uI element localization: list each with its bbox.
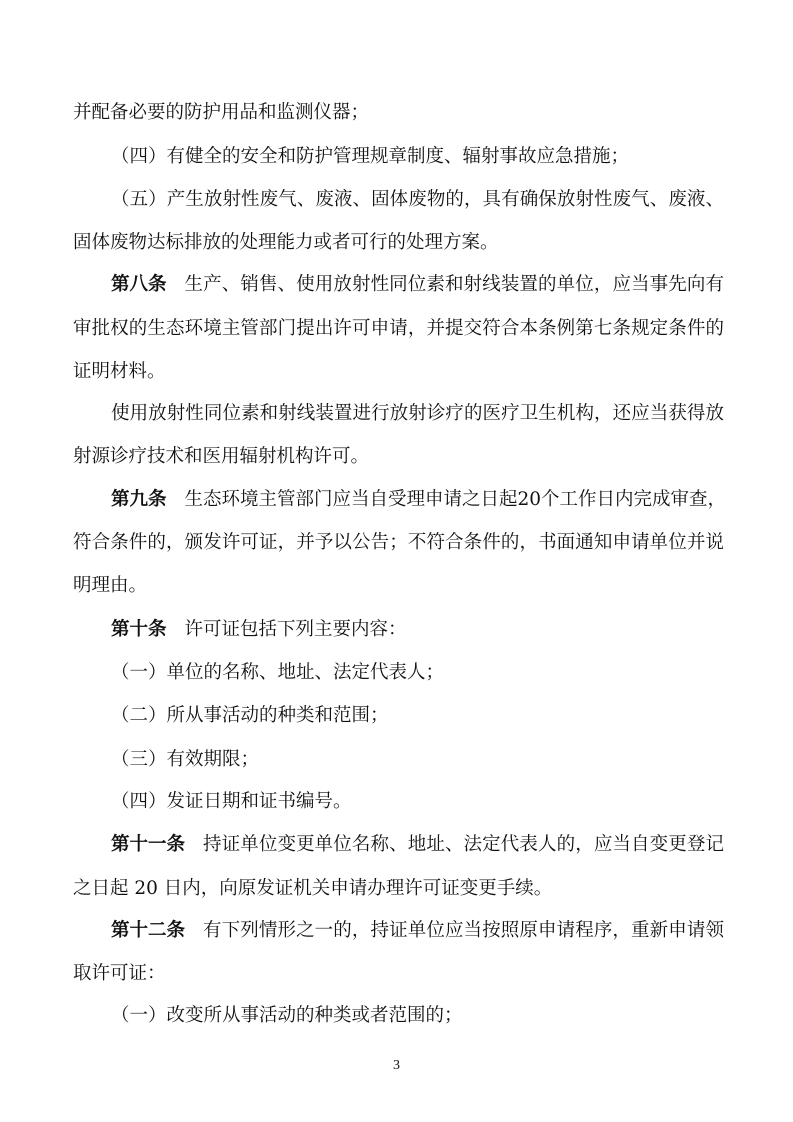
page-number: 3 (0, 1058, 793, 1074)
line-text: （四）发证日期和证书编号。 (111, 791, 352, 812)
article-heading: 第十条 (111, 619, 167, 640)
paragraph-line: 射源诊疗技术和医用辐射机构许可。 (73, 444, 724, 470)
line-text: 生产、销售、使用放射性同位素和射线装置的单位，应当事先向有 (185, 272, 724, 298)
line-text: 取许可证： (73, 963, 166, 984)
line-text: 并配备必要的防护用品和监测仪器； (73, 102, 369, 123)
article-heading: 第八条 (111, 272, 167, 298)
line-text: 使用放射性同位素和射线装置进行放射诊疗的医疗卫生机构，还应当获得放 (111, 403, 724, 424)
line-text: （一）改变所从事活动的种类或者范围的； (111, 1005, 463, 1026)
line-text: 持证单位变更单位名称、地址、法定代表人的，应当自变更登记 (203, 832, 724, 858)
line-text: 之日起 20 日内，向原发证机关申请办理许可证变更手续。 (73, 878, 552, 899)
paragraph-line: （四）有健全的安全和防护管理规章制度、辐射事故应急措施； (111, 144, 724, 170)
article-paragraph-line: 第十一条持证单位变更单位名称、地址、法定代表人的，应当自变更登记 (111, 832, 724, 858)
paragraph-line: 之日起 20 日内，向原发证机关申请办理许可证变更手续。 (73, 876, 724, 902)
paragraph-line: 固体废物达标排放的处理能力或者可行的处理方案。 (73, 230, 724, 256)
paragraph-line: 符合条件的，颁发许可证，并予以公告；不符合条件的，书面通知申请单位并说 (73, 530, 724, 556)
article-paragraph-line: 第十条许可证包括下列主要内容： (111, 617, 724, 643)
paragraph-line: 审批权的生态环境主管部门提出许可申请，并提交符合本条例第七条规定条件的 (73, 316, 724, 342)
line-text: （五）产生放射性废气、废液、固体废物的，具有确保放射性废气、废液、 (111, 189, 724, 210)
line-text: 许可证包括下列主要内容： (185, 619, 407, 640)
article-paragraph-line: 第十二条有下列情形之一的，持证单位应当按照原申请程序，重新申请领 (111, 918, 724, 944)
article-heading: 第十一条 (111, 832, 185, 858)
paragraph-line: （二）所从事活动的种类和范围； (111, 703, 724, 729)
paragraph-line: 证明材料。 (73, 359, 724, 385)
line-text: 明理由。 (73, 575, 147, 596)
paragraph-line: （一）单位的名称、地址、法定代表人； (111, 660, 724, 686)
article-heading: 第九条 (111, 487, 167, 513)
paragraph-line: （五）产生放射性废气、废液、固体废物的，具有确保放射性废气、废液、 (111, 187, 724, 213)
paragraph-line: （四）发证日期和证书编号。 (111, 789, 724, 815)
article-heading: 第十二条 (111, 918, 185, 944)
line-text: 证明材料。 (73, 361, 166, 382)
line-text: 生态环境主管部门应当自受理申请之日起20个工作日内完成审查， (185, 487, 727, 513)
paragraph-line: 取许可证： (73, 961, 724, 987)
paragraph-line: （一）改变所从事活动的种类或者范围的； (111, 1003, 724, 1029)
line-text: 符合条件的，颁发许可证，并予以公告；不符合条件的，书面通知申请单位并说 (73, 532, 724, 553)
paragraph-line: （三）有效期限； (111, 747, 724, 773)
document-page: 并配备必要的防护用品和监测仪器；（四）有健全的安全和防护管理规章制度、辐射事故应… (0, 0, 793, 1122)
article-paragraph-line: 第九条生态环境主管部门应当自受理申请之日起20个工作日内完成审查， (111, 487, 724, 513)
line-text: 射源诊疗技术和医用辐射机构许可。 (73, 446, 369, 467)
line-text: （二）所从事活动的种类和范围； (111, 705, 389, 726)
line-text: （一）单位的名称、地址、法定代表人； (111, 662, 444, 683)
paragraph-line: 并配备必要的防护用品和监测仪器； (73, 100, 724, 126)
paragraph-line: 明理由。 (73, 573, 724, 599)
line-text: 固体废物达标排放的处理能力或者可行的处理方案。 (73, 232, 499, 253)
article-paragraph-line: 第八条生产、销售、使用放射性同位素和射线装置的单位，应当事先向有 (111, 272, 724, 298)
line-text: 有下列情形之一的，持证单位应当按照原申请程序，重新申请领 (203, 918, 724, 944)
line-text: （三）有效期限； (111, 749, 259, 770)
paragraph-line: 使用放射性同位素和射线装置进行放射诊疗的医疗卫生机构，还应当获得放 (111, 401, 724, 427)
line-text: 审批权的生态环境主管部门提出许可申请，并提交符合本条例第七条规定条件的 (73, 318, 724, 339)
line-text: （四）有健全的安全和防护管理规章制度、辐射事故应急措施； (111, 146, 629, 167)
